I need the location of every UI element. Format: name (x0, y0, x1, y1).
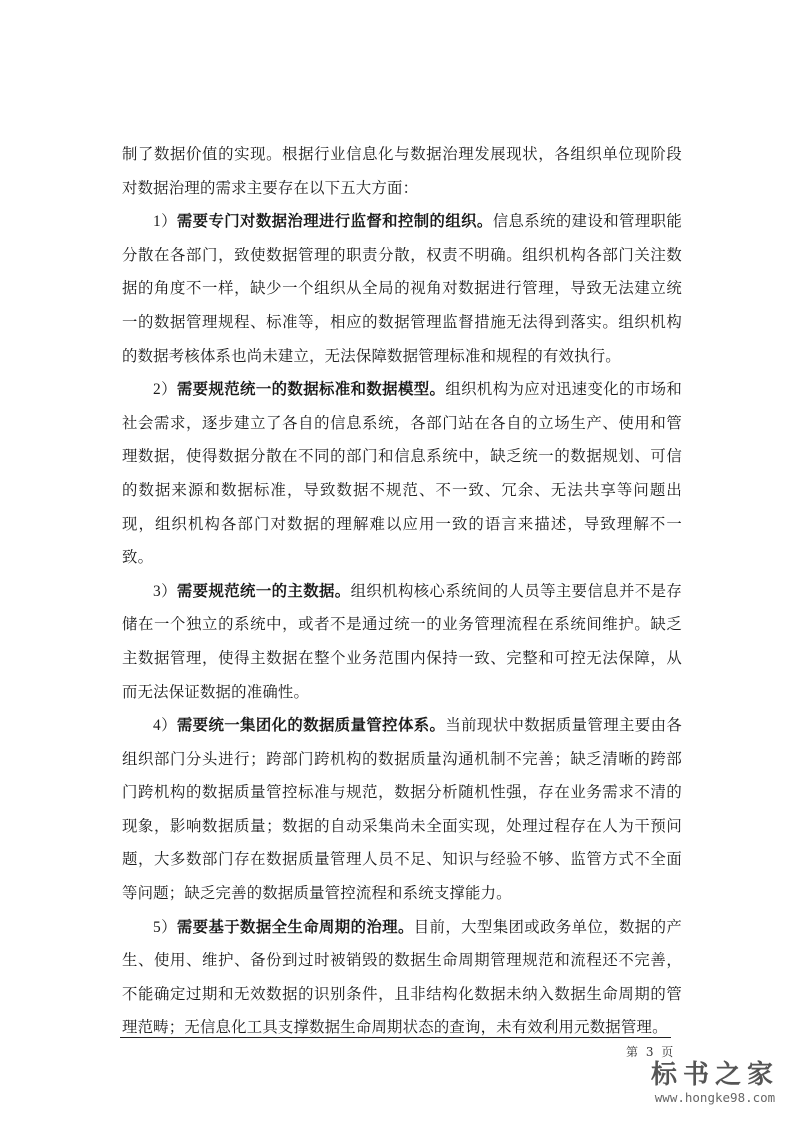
document-body: 制了数据价值的实现。根据行业信息化与数据治理发展现状，各组织单位现阶段对数据治理… (122, 138, 682, 1045)
watermark-url: www.hongke98.com (640, 1090, 790, 1106)
item-body: 信息系统的建设和管理职能分散在各部门，致使数据管理的职责分散，权责不明确。组织机… (122, 212, 682, 364)
item-heading: 需要规范统一的数据标准和数据模型。 (177, 380, 445, 398)
item-number: 4） (153, 717, 177, 734)
footer-divider (120, 1037, 671, 1038)
requirement-item-3: 3）需要规范统一的主数据。组织机构核心系统间的人员等主要信息并不是存储在一个独立… (122, 575, 682, 709)
item-body: 当前现状中数据质量管理主要由各组织部门分头进行；跨部门跨机构的数据质量沟通机制不… (122, 716, 682, 902)
requirement-item-4: 4）需要统一集团化的数据质量管控体系。当前现状中数据质量管理主要由各组织部门分头… (122, 709, 682, 911)
item-heading: 需要统一集团化的数据质量管控体系。 (177, 716, 445, 734)
intro-paragraph: 制了数据价值的实现。根据行业信息化与数据治理发展现状，各组织单位现阶段对数据治理… (122, 138, 682, 205)
requirement-item-1: 1）需要专门对数据治理进行监督和控制的组织。信息系统的建设和管理职能分散在各部门… (122, 205, 682, 373)
item-number: 3） (153, 583, 177, 600)
item-number: 1） (153, 213, 177, 230)
watermark-logo: 标书之家 www.hongke98.com (640, 1060, 790, 1106)
item-heading: 需要规范统一的主数据。 (177, 582, 351, 600)
item-heading: 需要专门对数据治理进行监督和控制的组织。 (177, 212, 493, 230)
item-heading: 需要基于数据全生命周期的治理。 (177, 918, 414, 936)
requirement-item-2: 2）需要规范统一的数据标准和数据模型。组织机构为应对迅速变化的市场和社会需求，逐… (122, 373, 682, 575)
watermark-title: 标书之家 (640, 1060, 790, 1090)
item-body: 组织机构为应对迅速变化的市场和社会需求，逐步建立了各自的信息系统，各部门站在各自… (122, 380, 682, 566)
item-number: 5） (153, 919, 177, 936)
item-number: 2） (153, 381, 177, 398)
requirement-item-5: 5）需要基于数据全生命周期的治理。目前，大型集团或政务单位，数据的产生、使用、维… (122, 911, 682, 1045)
page-number: 第 3 页 (626, 1043, 675, 1060)
